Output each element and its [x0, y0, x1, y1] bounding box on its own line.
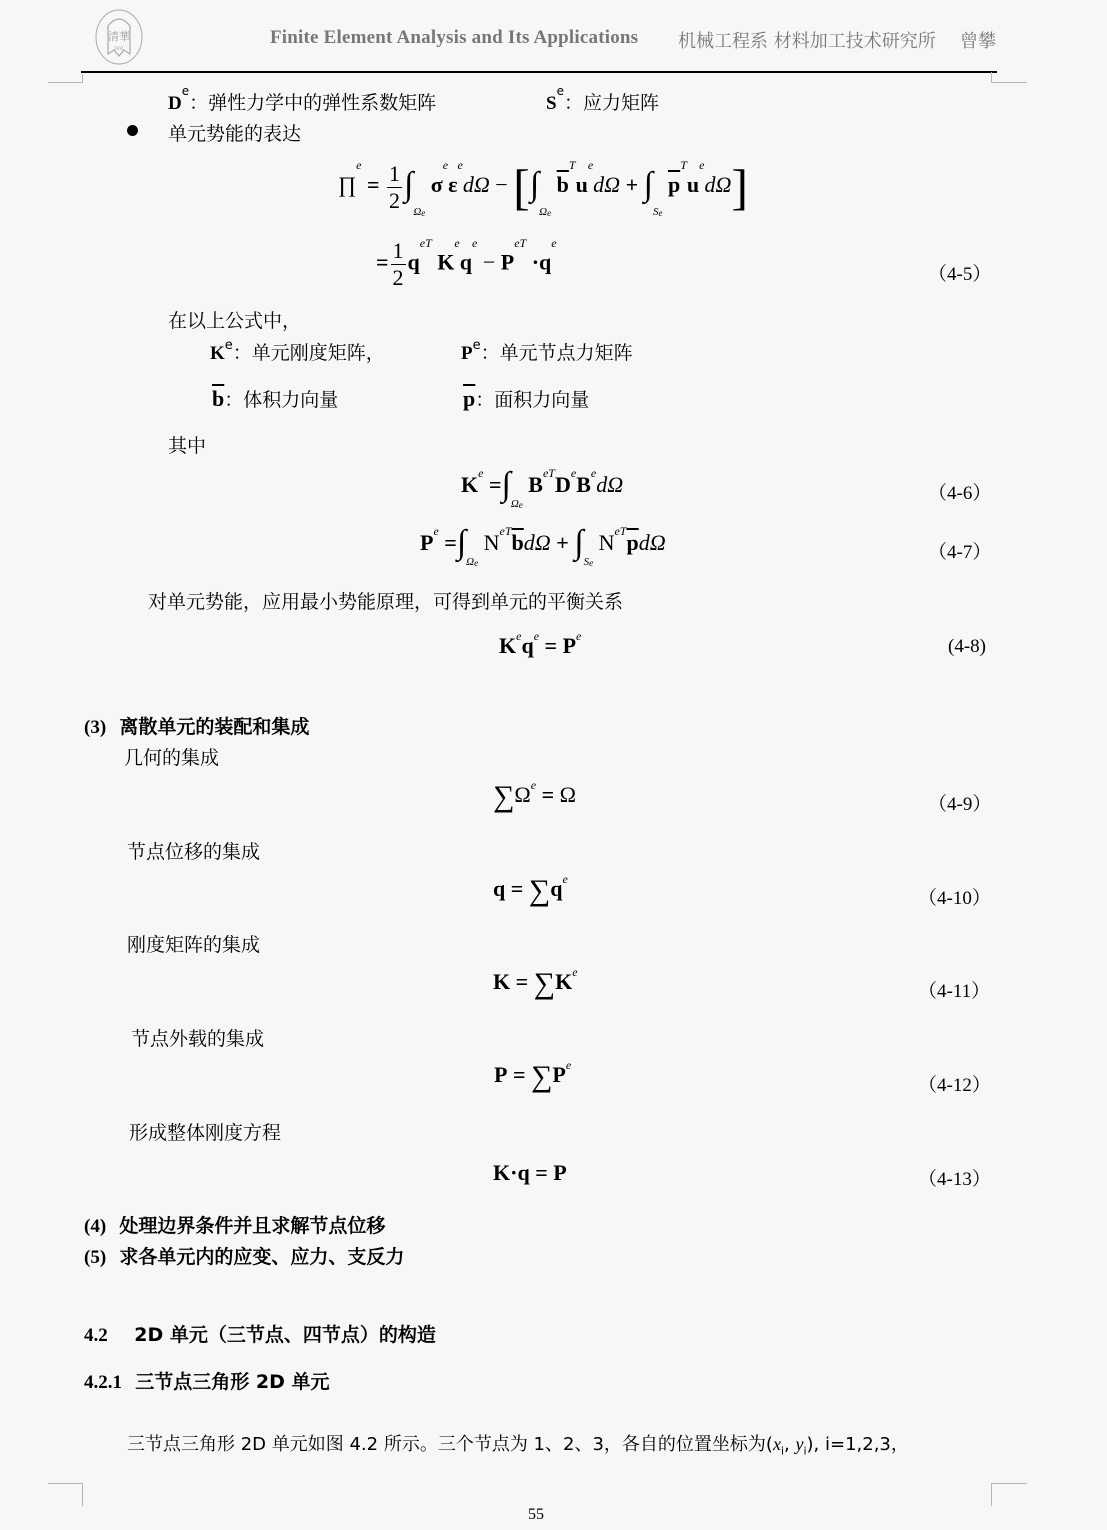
svg-text:清華: 清華: [108, 29, 130, 43]
svg-text:1911: 1911: [114, 46, 125, 51]
bullet-heading: 单元势能的表达: [168, 119, 301, 146]
equation-number-4-12: （4-12）: [918, 1070, 991, 1097]
header-rule: [81, 71, 997, 73]
section-4-heading: (4) 处理边界条件并且求解节点位移: [84, 1211, 385, 1238]
min-pe-text: 对单元势能，应用最小势能原理，可得到单元的平衡关系: [148, 587, 623, 614]
equation-number-4-5: （4-5）: [928, 259, 991, 286]
crop-mark-bottom-right: [991, 1483, 1027, 1506]
section-5-heading: (5) 求各单元内的应变、应力、支反力: [84, 1242, 404, 1269]
among-text: 其中: [168, 431, 206, 458]
equation-number-4-8: (4-8): [948, 636, 986, 658]
header-author: 曾攀: [960, 27, 996, 53]
def-b-bar: b：体积力向量: [212, 385, 338, 412]
equation-4-8: Keqe = Pe: [499, 633, 581, 659]
equation-number-4-11: （4-11）: [918, 976, 990, 1003]
def-k-e: Ke：单元刚度矩阵，: [210, 338, 385, 365]
displacement-assembly-label: 节点位移的集成: [127, 837, 260, 864]
geometry-assembly-label: 几何的集成: [124, 743, 219, 770]
paragraph-triangle-element: 三节点三角形 2D 单元如图 4.2 所示。三个节点为 1、2、3，各自的位置坐…: [127, 1430, 909, 1458]
university-logo: 清華 1911: [94, 8, 144, 66]
where-text: 在以上公式中，: [168, 306, 301, 333]
def-d-matrix: De：弹性力学中的弹性系数矩阵: [168, 88, 436, 115]
equation-4-12: P = ∑Pe: [494, 1062, 571, 1092]
stiffness-assembly-label: 刚度矩阵的集成: [127, 930, 260, 957]
global-stiffness-label: 形成整体刚度方程: [129, 1118, 281, 1145]
crop-mark-bottom-left: [48, 1483, 83, 1506]
crop-mark-top-right: [991, 72, 1027, 83]
section-3-heading: (3) 离散单元的装配和集成: [84, 712, 309, 739]
def-s-matrix: Se：应力矩阵: [546, 88, 659, 115]
equation-4-9: ∑Ωe = Ω: [493, 782, 576, 812]
def-p-bar: p：面积力向量: [463, 385, 589, 412]
equation-4-11: K = ∑Ke: [493, 969, 578, 999]
equation-4-6: Ke =∫Ωe BeTDeBedΩ: [461, 470, 623, 504]
equation-4-7: Pe =∫Ωe NeTbdΩ + ∫Se NeTpdΩ: [420, 528, 666, 562]
heading-4-2-1: 4.2.1 三节点三角形 2D 单元: [84, 1367, 329, 1394]
equation-number-4-6: （4-6）: [928, 478, 991, 505]
equation-number-4-13: （4-13）: [918, 1164, 991, 1191]
page-number: 55: [528, 1506, 544, 1524]
load-assembly-label: 节点外载的集成: [131, 1024, 264, 1051]
equation-number-4-7: （4-7）: [928, 537, 991, 564]
bullet-icon: [127, 125, 138, 136]
equation-4-5-line2: =12qeT Keqe − PeT ·qe: [376, 240, 557, 289]
header-department: 机械工程系 材料加工技术研究所: [678, 27, 936, 53]
heading-4-2: 4.2 2D 单元（三节点、四节点）的构造: [84, 1320, 436, 1347]
def-p-e: Pe：单元节点力矩阵: [461, 338, 633, 365]
equation-4-5-line1: ∏e = 12∫Ωe σeεedΩ − [∫Ωe bTuedΩ + ∫Se pT…: [338, 162, 748, 212]
equation-number-4-9: （4-9）: [928, 789, 991, 816]
equation-4-10: q = ∑qe: [493, 876, 568, 906]
equation-number-4-10: （4-10）: [918, 883, 991, 910]
header-title: Finite Element Analysis and Its Applicat…: [270, 27, 638, 49]
equation-4-13: K·q = P: [493, 1160, 567, 1186]
crop-mark-top-left: [48, 74, 83, 83]
